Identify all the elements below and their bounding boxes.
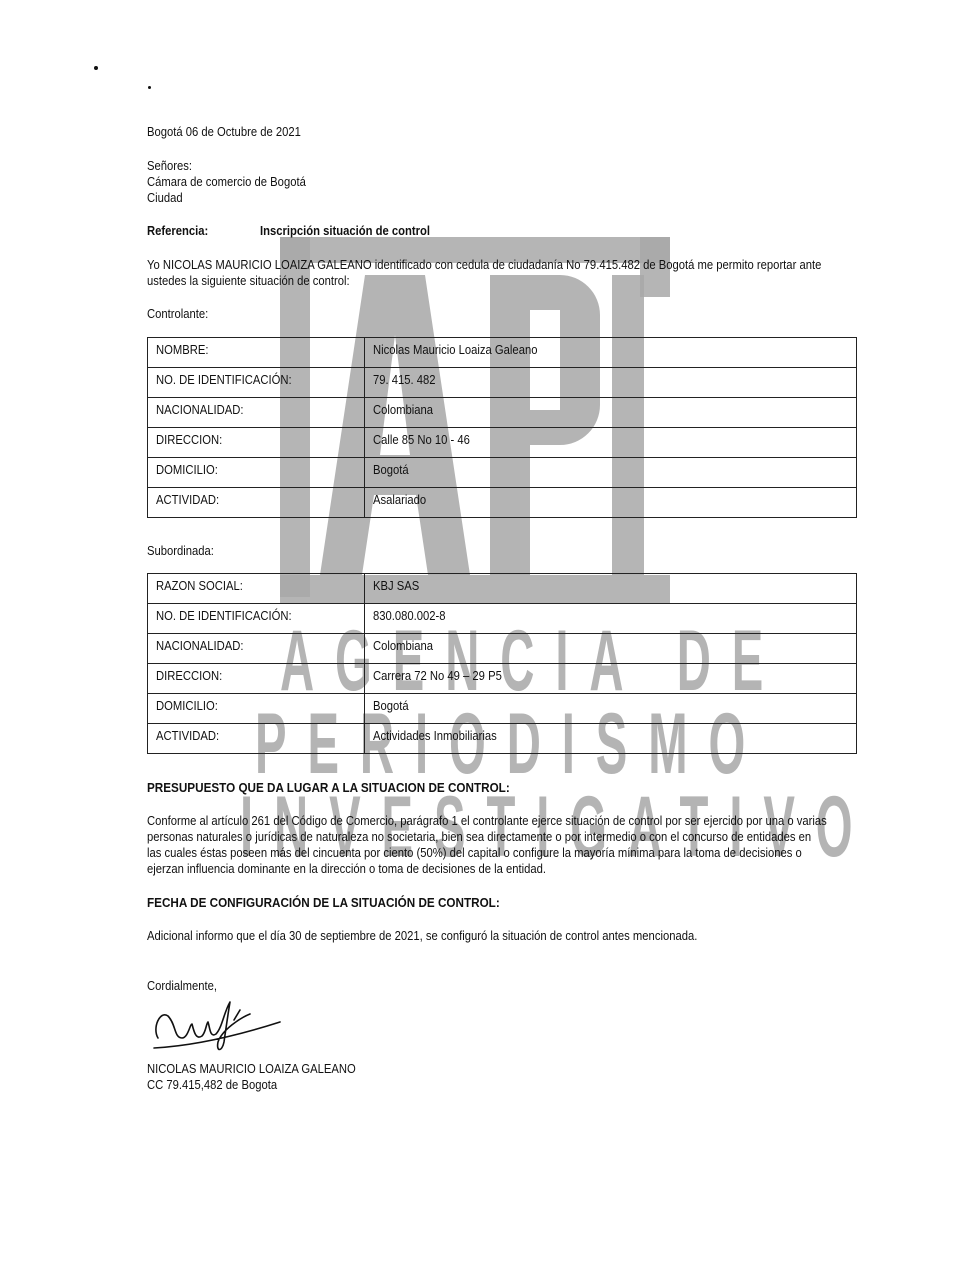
row-label: DIRECCION: xyxy=(156,669,222,683)
row-value: Actividades Inmobiliarias xyxy=(373,729,497,743)
row-value: Nicolas Mauricio Loaiza Galeano xyxy=(373,343,537,357)
row-value: Carrera 72 No 49 – 29 P5 xyxy=(373,669,502,683)
presupuesto-line: ejerzan influencia dominante en la direc… xyxy=(147,861,546,877)
table-row: NACIONALIDAD:Colombiana xyxy=(148,634,857,664)
reference-value: Inscripción situación de control xyxy=(260,223,430,239)
row-value: KBJ SAS xyxy=(373,579,419,593)
row-value: Colombiana xyxy=(373,403,433,417)
row-value: Colombiana xyxy=(373,639,433,653)
fecha-heading: FECHA DE CONFIGURACIÓN DE LA SITUACIÓN D… xyxy=(147,895,500,911)
reference-label: Referencia: xyxy=(147,223,208,239)
table-row: NO. DE IDENTIFICACIÓN:830.080.002-8 xyxy=(148,604,857,634)
presupuesto-line: personas naturales o jurídicas de natura… xyxy=(147,829,811,845)
row-label: NACIONALIDAD: xyxy=(156,403,244,417)
presupuesto-heading: PRESUPUESTO QUE DA LUGAR A LA SITUACION … xyxy=(147,780,510,796)
row-label: NACIONALIDAD: xyxy=(156,639,244,653)
row-label: RAZON SOCIAL: xyxy=(156,579,243,593)
row-label: DIRECCION: xyxy=(156,433,222,447)
table-row: DIRECCION:Carrera 72 No 49 – 29 P5 xyxy=(148,664,857,694)
intro-text: ustedes la siguiente situación de contro… xyxy=(147,273,350,289)
closing-salutation: Cordialmente, xyxy=(147,978,217,994)
row-label: NOMBRE: xyxy=(156,343,209,357)
table-row: NO. DE IDENTIFICACIÓN:79. 415. 482 xyxy=(148,368,857,398)
row-value: Calle 85 No 10 - 46 xyxy=(373,433,470,447)
row-label: ACTIVIDAD: xyxy=(156,729,219,743)
controlante-heading: Controlante: xyxy=(147,306,208,322)
table-row: DIRECCION:Calle 85 No 10 - 46 xyxy=(148,428,857,458)
table-row: NACIONALIDAD:Colombiana xyxy=(148,398,857,428)
signer-name: NICOLAS MAURICIO LOAIZA GALEANO xyxy=(147,1061,356,1077)
table-row: NOMBRE:Nicolas Mauricio Loaiza Galeano xyxy=(148,338,857,368)
addressee-line: Señores: xyxy=(147,158,192,174)
table-row: DOMICILIO:Bogotá xyxy=(148,694,857,724)
intro-text: Yo NICOLAS MAURICIO LOAIZA GALEANO ident… xyxy=(147,257,821,273)
addressee-line: Cámara de comercio de Bogotá xyxy=(147,174,306,190)
signature-icon xyxy=(150,998,290,1058)
row-value: Asalariado xyxy=(373,493,426,507)
scan-speck xyxy=(148,86,151,89)
signer-id: CC 79.415,482 de Bogota xyxy=(147,1077,277,1093)
table-row: ACTIVIDAD:Asalariado xyxy=(148,488,857,518)
row-value: Bogotá xyxy=(373,699,409,713)
scan-speck xyxy=(94,66,98,70)
subordinada-table: RAZON SOCIAL:KBJ SAS NO. DE IDENTIFICACI… xyxy=(147,573,857,754)
addressee-line: Ciudad xyxy=(147,190,183,206)
row-value: 830.080.002-8 xyxy=(373,609,446,623)
row-value: Bogotá xyxy=(373,463,409,477)
table-row: DOMICILIO:Bogotá xyxy=(148,458,857,488)
row-value: 79. 415. 482 xyxy=(373,373,436,387)
place-date: Bogotá 06 de Octubre de 2021 xyxy=(147,124,301,140)
row-label: NO. DE IDENTIFICACIÓN: xyxy=(156,373,292,387)
subordinada-heading: Subordinada: xyxy=(147,543,214,559)
row-label: DOMICILIO: xyxy=(156,699,218,713)
row-label: DOMICILIO: xyxy=(156,463,218,477)
document-page: AGENCIA DE PERIODISMO INVESTIGATIVO Bogo… xyxy=(0,0,953,1280)
presupuesto-line: Conforme al artículo 261 del Código de C… xyxy=(147,813,827,829)
presupuesto-line: las cuales éstas poseen más del cincuent… xyxy=(147,845,802,861)
table-row: ACTIVIDAD:Actividades Inmobiliarias xyxy=(148,724,857,754)
fecha-text: Adicional informo que el día 30 de septi… xyxy=(147,928,697,944)
row-label: ACTIVIDAD: xyxy=(156,493,219,507)
controlante-table: NOMBRE:Nicolas Mauricio Loaiza Galeano N… xyxy=(147,337,857,518)
row-label: NO. DE IDENTIFICACIÓN: xyxy=(156,609,292,623)
table-row: RAZON SOCIAL:KBJ SAS xyxy=(148,574,857,604)
